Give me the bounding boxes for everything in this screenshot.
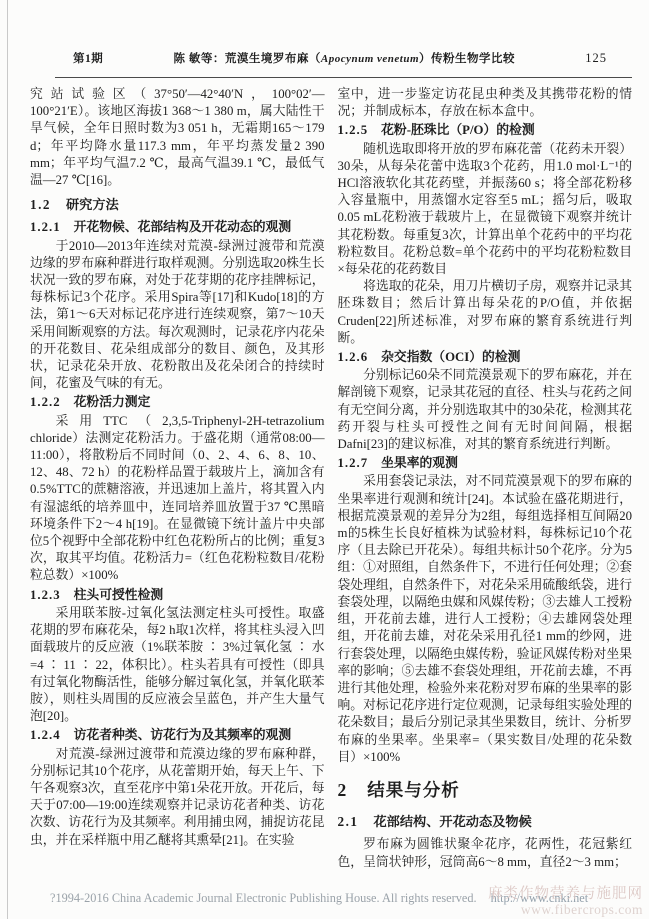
paragraph-right-10: 罗布麻为圆锥状聚伞花序，花两性，花冠紫红色，呈筒状钟形，冠筒高6～8 mm，直径… bbox=[338, 836, 633, 870]
heading-number: 2.1 bbox=[338, 814, 359, 829]
paragraph-left-5: 采用TTC（2,3,5-Triphenyl-2H-tetrazolium chl… bbox=[30, 413, 325, 585]
heading-number: 1.2.5 bbox=[338, 123, 369, 137]
running-title-prefix: 陈 敏等：荒漠生境罗布麻（ bbox=[173, 53, 320, 65]
header-rule bbox=[55, 77, 632, 78]
heading-number: 1.2.1 bbox=[30, 220, 61, 234]
paragraph-left-3: 于2010—2013年连续对荒漠-绿洲过渡带和荒漠边缘的罗布麻种群进行取样观测。… bbox=[30, 238, 325, 393]
right-column: 室中，进一步鉴定访花昆虫种类及其携带花粉的情况；并制成标本，存放在标本盒中。1.… bbox=[338, 86, 633, 859]
paragraph-left-0: 究站试验区（37°50′—42°40′N，100°02′—100°21′E）。该… bbox=[30, 86, 325, 189]
paragraph-right-3: 将选取的花朵，用刀片横切子房，观察并记录其胚珠数目；然后计算出每朵花的P/O值，… bbox=[338, 278, 633, 347]
paragraph-right-5: 分别标记60朵不同荒漠景观下的罗布麻花，并在解剖镜下观察，记录其花冠的直径、柱头… bbox=[338, 367, 633, 453]
heading-title: 结果与分析 bbox=[367, 780, 460, 800]
heading-number: 1.2.4 bbox=[30, 728, 61, 742]
copyright-notice: ?1994-2016 China Academic Journal Electr… bbox=[50, 891, 477, 905]
cnki-url: http://www.cnki.net bbox=[491, 891, 589, 905]
heading-number: 1.2.3 bbox=[30, 588, 61, 602]
left-column: 究站试验区（37°50′—42°40′N，100°02′—100°21′E）。该… bbox=[30, 86, 325, 859]
running-title: 陈 敏等：荒漠生境罗布麻（Apocynum venetum）传粉生物学比较 bbox=[103, 50, 585, 66]
scan-edge-line bbox=[7, 0, 8, 919]
issue-label: 第1期 bbox=[73, 50, 103, 66]
paragraph-right-2: 随机选取即将开放的罗布麻花蕾（花药未开裂）30朵，从每朵花蕾中选取3个花药，用1… bbox=[338, 141, 633, 279]
heading-title: 开花物候、花部结构及开花动态的观测 bbox=[74, 220, 292, 234]
heading-number: 1.2 bbox=[30, 197, 51, 212]
section-heading-1-2: 1.2研究方法 bbox=[30, 196, 325, 213]
heading-title: 研究方法 bbox=[66, 197, 119, 212]
heading-title: 访花者种类、访花行为及其频率的观测 bbox=[74, 728, 292, 742]
section-heading-1-2-5: 1.2.5花粉-胚珠比（P/O）的检测 bbox=[338, 122, 633, 139]
page-header: 第1期 陈 敏等：荒漠生境罗布麻（Apocynum venetum）传粉生物学比… bbox=[55, 50, 629, 66]
section-heading-1-2-7: 1.2.7坐果率的观测 bbox=[338, 455, 633, 472]
section-heading-1-2-2: 1.2.2花粉活力测定 bbox=[30, 394, 325, 411]
running-title-latin-name: Apocynum venetum bbox=[321, 53, 419, 65]
running-title-suffix: ）传粉生物学比较 bbox=[419, 53, 515, 65]
section-heading-2-1: 2.1花部结构、开花动态及物候 bbox=[338, 813, 633, 830]
heading-title: 坐果率的观测 bbox=[381, 456, 458, 470]
heading-title: 花粉-胚珠比（P/O）的检测 bbox=[381, 123, 535, 137]
section-heading-1-2-4: 1.2.4访花者种类、访花行为及其频率的观测 bbox=[30, 727, 325, 744]
heading-number: 2 bbox=[338, 780, 348, 800]
paragraph-right-0: 室中，进一步鉴定访花昆虫种类及其携带花粉的情况；并制成标本，存放在标本盒中。 bbox=[338, 86, 633, 120]
page-number: 125 bbox=[585, 51, 607, 66]
heading-number: 1.2.6 bbox=[338, 350, 369, 364]
heading-title: 柱头可授性检测 bbox=[74, 588, 164, 602]
journal-scan-page: 第1期 陈 敏等：荒漠生境罗布麻（Apocynum venetum）传粉生物学比… bbox=[0, 0, 649, 919]
paragraph-right-7: 采用套袋记录法，对不同荒漠景观下的罗布麻的坐果率进行观测和统计[24]。本试验在… bbox=[338, 473, 633, 765]
section-heading-1-2-6: 1.2.6杂交指数（OCI）的检测 bbox=[338, 349, 633, 366]
paragraph-left-9: 对荒漠-绿洲过渡带和荒漠边缘的罗布麻种群，分别标记其10个花序，从花蕾期开始，每… bbox=[30, 746, 325, 849]
article-body: 究站试验区（37°50′—42°40′N，100°02′—100°21′E）。该… bbox=[30, 86, 632, 859]
heading-title: 花部结构、开花动态及物候 bbox=[373, 814, 531, 829]
heading-title: 花粉活力测定 bbox=[74, 395, 151, 409]
paragraph-left-7: 采用联苯胺-过氧化氢法测定柱头可授性。取盛花期的罗布麻花朵，每2 h取1次样，将… bbox=[30, 605, 325, 725]
heading-number: 1.2.7 bbox=[338, 456, 369, 470]
page-footer: ?1994-2016 China Academic Journal Electr… bbox=[50, 891, 639, 906]
heading-number: 1.2.2 bbox=[30, 395, 61, 409]
heading-title: 杂交指数（OCI）的检测 bbox=[381, 350, 520, 364]
section-heading-2: 2结果与分析 bbox=[338, 782, 633, 799]
section-heading-1-2-1: 1.2.1开花物候、花部结构及开花动态的观测 bbox=[30, 219, 325, 236]
section-heading-1-2-3: 1.2.3柱头可授性检测 bbox=[30, 587, 325, 604]
